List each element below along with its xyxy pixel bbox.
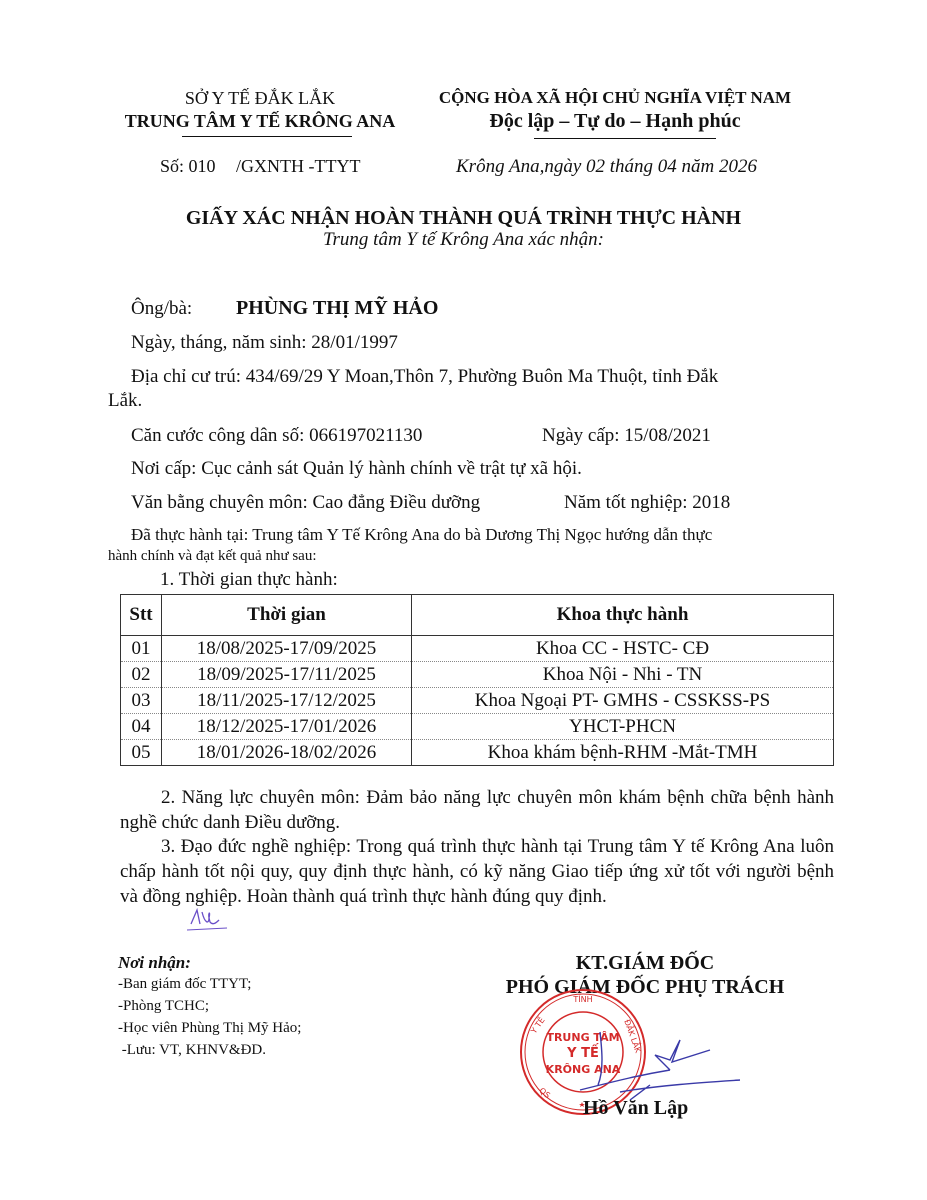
cell-department: Khoa CC - HSTC- CĐ <box>412 636 834 662</box>
address-line-2: Lắk. <box>108 390 142 412</box>
cell-time: 18/01/2026-18/02/2026 <box>162 740 412 766</box>
recipient-item: -Ban giám đốc TTYT; <box>118 976 251 993</box>
svg-text:QS: QS <box>537 1086 551 1100</box>
cell-time: 18/11/2025-17/12/2025 <box>162 688 412 714</box>
signature-title-1: KT.GIÁM ĐỐC <box>480 952 810 975</box>
table-header-row: Stt Thời gian Khoa thực hành <box>121 595 834 636</box>
recipient-item: -Phòng TCHC; <box>118 998 209 1015</box>
cell-stt: 05 <box>121 740 162 766</box>
header-stt: Stt <box>121 595 162 636</box>
place-date: Krông Ana,ngày 02 tháng 04 năm 2026 <box>456 156 757 178</box>
table-row: 02 18/09/2025-17/11/2025 Khoa Nội - Nhi … <box>121 662 834 688</box>
cell-department: Khoa khám bệnh-RHM -Mắt-TMH <box>412 740 834 766</box>
table-row: 01 18/08/2025-17/09/2025 Khoa CC - HSTC-… <box>121 636 834 662</box>
table-row: 04 18/12/2025-17/01/2026 YHCT-PHCN <box>121 714 834 740</box>
cell-department: Khoa Nội - Nhi - TN <box>412 662 834 688</box>
organization-name: TRUNG TÂM Y TẾ KRÔNG ANA <box>110 111 410 132</box>
recipient-item: -Lưu: VT, KHNV&ĐD. <box>118 1042 266 1059</box>
svg-text:TỈNH: TỈNH <box>572 993 592 1004</box>
section-1-heading: 1. Thời gian thực hành: <box>160 569 338 591</box>
id-issue-place: Nơi cấp: Cục cảnh sát Quản lý hành chính… <box>131 458 582 480</box>
cell-stt: 04 <box>121 714 162 740</box>
id-issue-date: Ngày cấp: 15/08/2021 <box>542 425 711 447</box>
practice-intro-1: Đã thực hành tại: Trung tâm Y Tế Krông A… <box>131 525 712 545</box>
recipient-item: -Học viên Phùng Thị Mỹ Hảo; <box>118 1020 301 1037</box>
cell-time: 18/09/2025-17/11/2025 <box>162 662 412 688</box>
cell-time: 18/12/2025-17/01/2026 <box>162 714 412 740</box>
degree: Văn bằng chuyên môn: Cao đẳng Điều dưỡng <box>131 492 480 514</box>
cell-time: 18/08/2025-17/09/2025 <box>162 636 412 662</box>
header-department: Khoa thực hành <box>412 595 834 636</box>
cell-stt: 02 <box>121 662 162 688</box>
cell-stt: 03 <box>121 688 162 714</box>
svg-text:Y TẾ: Y TẾ <box>527 1014 547 1036</box>
header-time: Thời gian <box>162 595 412 636</box>
signer-name: Hồ Văn Lập <box>583 1097 688 1120</box>
person-name: PHÙNG THỊ MỸ HẢO <box>236 297 438 320</box>
practice-intro-2: hành chính và đạt kết quả như sau: <box>108 548 317 565</box>
motto-underline <box>534 138 716 139</box>
section-3-ethics: 3. Đạo đức nghề nghiệp: Trong quá trình … <box>120 834 834 909</box>
recipients-title: Nơi nhận: <box>118 953 191 973</box>
practice-schedule-table: Stt Thời gian Khoa thực hành 01 18/08/20… <box>120 594 834 766</box>
department-name: SỞ Y TẾ ĐẮK LẮK <box>120 88 400 109</box>
cell-department: Khoa Ngoại PT- GMHS - CSSKSS-PS <box>412 688 834 714</box>
doc-number-value: 010 <box>189 156 216 176</box>
doc-code: /GXNTH -TTYT <box>236 156 360 176</box>
document-number: Số: 010 /GXNTH -TTYT <box>160 156 361 177</box>
table-row: 03 18/11/2025-17/12/2025 Khoa Ngoại PT- … <box>121 688 834 714</box>
org-underline <box>182 136 352 137</box>
document-subtitle: Trung tâm Y tế Krông Ana xác nhận: <box>80 229 847 251</box>
document-title: GIẤY XÁC NHẬN HOÀN THÀNH QUÁ TRÌNH THỰC … <box>80 207 847 230</box>
national-title: CỘNG HÒA XÃ HỘI CHỦ NGHĨA VIỆT NAM <box>430 88 800 108</box>
section-2-competence: 2. Năng lực chuyên môn: Đảm bảo năng lực… <box>120 785 834 835</box>
doc-number-label: Số: <box>160 156 184 176</box>
cell-stt: 01 <box>121 636 162 662</box>
graduation-year: Năm tốt nghiệp: 2018 <box>564 492 730 514</box>
cell-department: YHCT-PHCN <box>412 714 834 740</box>
id-number: Căn cước công dân số: 066197021130 <box>131 425 422 447</box>
dob-line: Ngày, tháng, năm sinh: 28/01/1997 <box>131 332 398 354</box>
name-label: Ông/bà: <box>131 298 192 320</box>
address-line-1: Địa chỉ cư trú: 434/69/29 Y Moan,Thôn 7,… <box>131 366 718 388</box>
table-row: 05 18/01/2026-18/02/2026 Khoa khám bệnh-… <box>121 740 834 766</box>
national-motto: Độc lập – Tự do – Hạnh phúc <box>430 110 800 133</box>
initials-icon <box>187 904 233 934</box>
